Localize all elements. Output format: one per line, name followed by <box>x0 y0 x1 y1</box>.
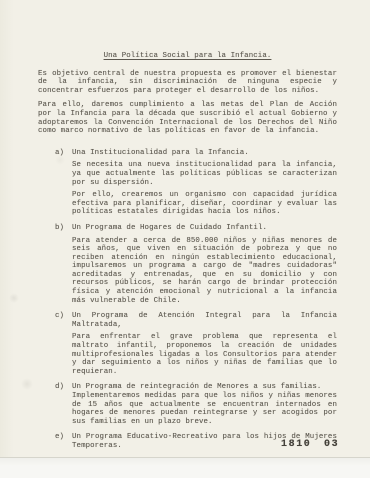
section-a: a) Una Institucionalidad para la Infanci… <box>38 149 337 217</box>
section-heading: Un Programa de Atención Integral para la… <box>72 312 337 329</box>
section-c: c) Un Programa de Atención Integral para… <box>38 312 337 376</box>
section-heading: Un Programa de Hogares de Cuidado Infant… <box>72 224 337 233</box>
section-heading: Una Institucionalidad para la Infancia. <box>72 149 337 158</box>
scan-edge-band <box>0 458 370 478</box>
section-b: b) Un Programa de Hogares de Cuidado Inf… <box>38 224 337 305</box>
section-paragraph: Por ello, crearemos un organismo con cap… <box>72 191 337 217</box>
page-number-stamp: 1810 03 <box>281 439 339 450</box>
section-paragraph: Implementaremos medidas para que los niñ… <box>72 392 337 426</box>
intro-paragraph-1: Es objetivo central de nuestra propuesta… <box>38 70 337 96</box>
section-paragraph: Para enfrentar el grave problema que rep… <box>72 333 337 376</box>
section-letter: c) <box>55 312 72 376</box>
section-paragraph: Para atender a cerca de 850.000 niños y … <box>72 237 337 306</box>
document-content: Una Política Social para la Infancia. Es… <box>38 52 337 451</box>
section-paragraph: Se necesita una nueva institucionalidad … <box>72 161 337 187</box>
intro-paragraph-2: Para ello, daremos cumplimiento a las me… <box>38 101 337 135</box>
document-title: Una Política Social para la Infancia. <box>38 52 337 61</box>
section-letter: e) <box>55 433 72 450</box>
lettered-sections: a) Una Institucionalidad para la Infanci… <box>38 149 337 451</box>
section-letter: a) <box>55 149 72 217</box>
section-d: d) Un Programa de reintegración de Menor… <box>38 383 337 426</box>
section-letter: b) <box>55 224 72 305</box>
section-letter: d) <box>55 383 72 426</box>
section-heading: Un Programa de reintegración de Menores … <box>72 383 337 392</box>
